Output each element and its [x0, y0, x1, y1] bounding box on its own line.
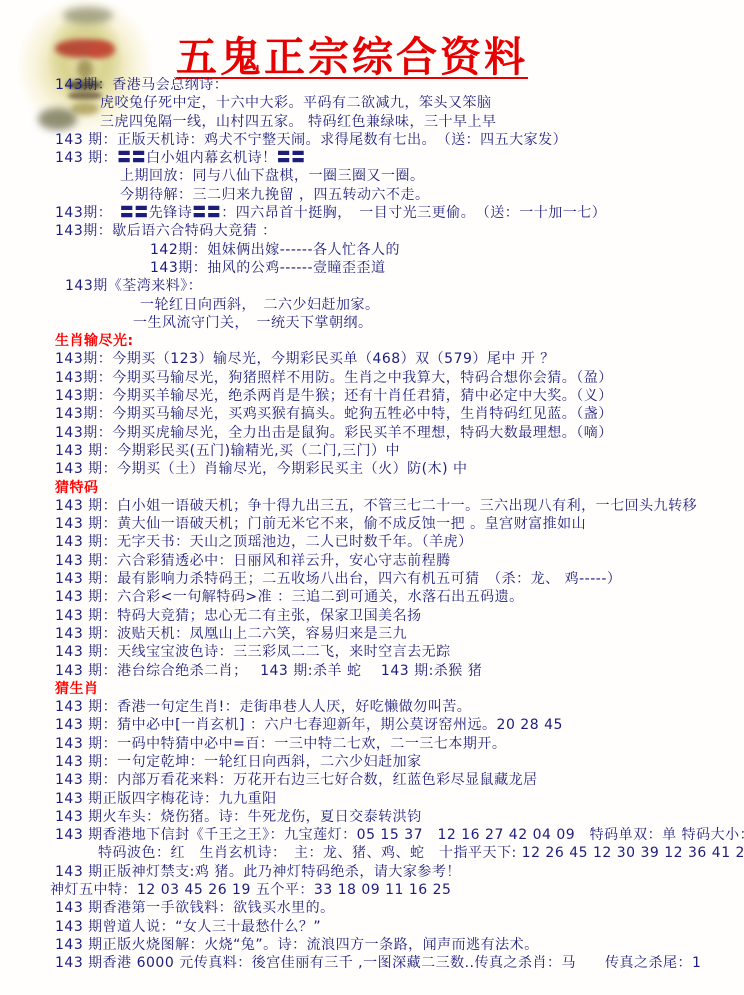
text-line: 143期： 〓〓先锋诗〓〓：四六昂首十挺胸， 一目寸光三更偷。 （送：一十加一七…	[0, 204, 744, 222]
text-line: 143 期：白小姐一语破天机；争十得九出三五，不管三七二十一。三六出现八有利，一…	[0, 497, 744, 515]
text-line: 143 期：香港一句定生肖!：走街串巷人人厌，好吃懒做勿叫苦。	[0, 698, 744, 716]
text-line: 143期《荃湾来料》：	[0, 277, 744, 295]
text-line: 神灯五中特：12 03 45 26 19 五个平：33 18 09 11 16 …	[0, 881, 744, 899]
text-line: 143期：今期买虎输尽光，全力出击是鼠狗。彩民买羊不理想，特码大数最理想。（嘀）	[0, 424, 744, 442]
text-line: 143 期：一码中特猜中必中=百：一三中特二七欢，二一三七本期开。	[0, 735, 744, 753]
text-line: 143 期曾道人说：“女人三十最愁什么？”	[0, 918, 744, 936]
text-line: 143期：香港马会总纲诗：	[0, 76, 744, 94]
section-header: 生肖输尽光:	[0, 332, 744, 350]
text-line: 143 期正版神灯禁支:鸡 猪。此乃神灯特码绝杀，请大家参考！	[0, 863, 744, 881]
text-line: 143 期：一句定乾坤：一轮红日向西斜，二六少妇赶加家	[0, 753, 744, 771]
text-line: 143 期：波贴天机：凤凰山上二六笑，容易归来是三九	[0, 625, 744, 643]
text-line: 143 期：黄大仙一语破天机；门前无米它不来，偷不成反蚀一把 。皇宫财富推如山	[0, 515, 744, 533]
text-line: 一生风流守门关， 一统天下掌朝纲。	[0, 314, 744, 332]
text-line: 今期待解：三二归来九挽留 ，四五转动六不走。	[0, 186, 744, 204]
text-line: 143 期：〓〓白小姐内幕玄机诗！〓〓	[0, 149, 744, 167]
text-line: 143 期火车头：烧伤猪。诗：牛死龙伤，夏日交泰转洪钧	[0, 808, 744, 826]
text-line: 143 期：特码大竞猜；忠心无二有主张，保家卫国美名扬	[0, 607, 744, 625]
text-line: 143 期：港台综合绝杀二肖； 143 期:杀羊 蛇 143 期:杀猴 猪	[0, 662, 744, 680]
text-line: 虎咬兔仔死中定，十六中大彩。平码有二欲减九，笨头又笨脑	[0, 94, 744, 112]
text-line: 143 期：今期买（土）肖输尽光，今期彩民买主（火）防(木) 中	[0, 460, 744, 478]
text-line: 143 期：六合彩<一句解特码>准 ：三追二到可通关，水落石出五码遗。	[0, 588, 744, 606]
text-line: 143期：今期买马输尽光，买鸡买猴有搞头。蛇狗五牲必中特，生肖特码红见蓝。（盏）	[0, 405, 744, 423]
text-line: 143 期正版火烧图解：火烧“兔”。诗：流浪四方一条路，闻声而逃有法术。	[0, 936, 744, 954]
section-header: 猜特码	[0, 479, 744, 497]
content-body: 143期：香港马会总纲诗： 虎咬兔仔死中定，十六中大彩。平码有二欲减九，笨头又笨…	[0, 76, 744, 973]
text-line: 上期回放：同与八仙下盘棋，一圈三圈又一圈。	[0, 167, 744, 185]
sunglasses-glare	[88, 42, 116, 57]
text-line: 143 期正版四字梅花诗：九九重阳	[0, 790, 744, 808]
text-line: 特码波色：红 生肖玄机诗： 主：龙、猪、鸡、蛇 十指平天下: 12 26 45 …	[0, 844, 744, 862]
text-line: 一轮红日向西斜， 二六少妇赶加家。	[0, 296, 744, 314]
text-line: 三虎四兔隔一线，山村四五家。 特码红色兼绿味，三十早上早	[0, 113, 744, 131]
text-line: 143 期：六合彩猜透必中：日丽风和祥云升，安心守志前程腾	[0, 552, 744, 570]
section-header: 猜生肖	[0, 680, 744, 698]
text-line: 143期：今期买马输尽光，狗猪照样不用防。生肖之中我算大，特码合想你会猜。（盈）	[0, 369, 744, 387]
text-line: 143 期：天线宝宝波色诗：三三彩凤二二飞，来时空言去无踪	[0, 643, 744, 661]
text-line: 143 期：内部万看花来料：万花开右边三七好合数，红蓝色彩尽显鼠藏龙居	[0, 771, 744, 789]
text-line: 142期：姐妹俩出嫁------各人忙各人的	[0, 241, 744, 259]
text-line: 143期：抽风的公鸡------壹瞳歪歪道	[0, 259, 744, 277]
text-line: 143 期：猜中必中[一肖玄机] ：六户七春迎新年，期公莫讶窑州远。20 28 …	[0, 716, 744, 734]
text-line: 143期：歇后语六合特码大竞猜 ：	[0, 222, 744, 240]
text-line: 143期：今期买羊输尽光，绝杀两肖是牛猴；还有十肖任君猜，猜中必定中大奖。（义）	[0, 387, 744, 405]
avatar-hair	[63, 7, 113, 24]
page-title: 五鬼正宗综合资料	[176, 24, 528, 83]
text-line: 143 期：今期彩民买(五门)输精光,买（二门,三门）中	[0, 442, 744, 460]
text-line: 143 期香港 6000 元传真料：後宫佳丽有三千 ,一图深藏二三数..传真之杀…	[0, 954, 744, 972]
text-line: 143 期：无字天书：天山之顶瑶池边，二人已时数千年。（羊虎）	[0, 533, 744, 551]
text-line: 143 期：最有影响力杀特码王；二五收场八出台，四六有机五可猜 （杀：龙、 鸡-…	[0, 570, 744, 588]
text-line: 143 期：正版天机诗：鸡犬不宁整天闹。求得尾数有七出。 （送：四五大家发）	[0, 131, 744, 149]
text-line: 143 期香港第一手欲钱料：欲钱买水里的。	[0, 899, 744, 917]
text-line: 143 期香港地下信封《千王之王》：九宝莲灯：05 15 37 12 16 27…	[0, 826, 744, 844]
text-line: 143期：今期买（123）输尽光，今期彩民买单（468）双（579）尾中 开 ？	[0, 350, 744, 368]
